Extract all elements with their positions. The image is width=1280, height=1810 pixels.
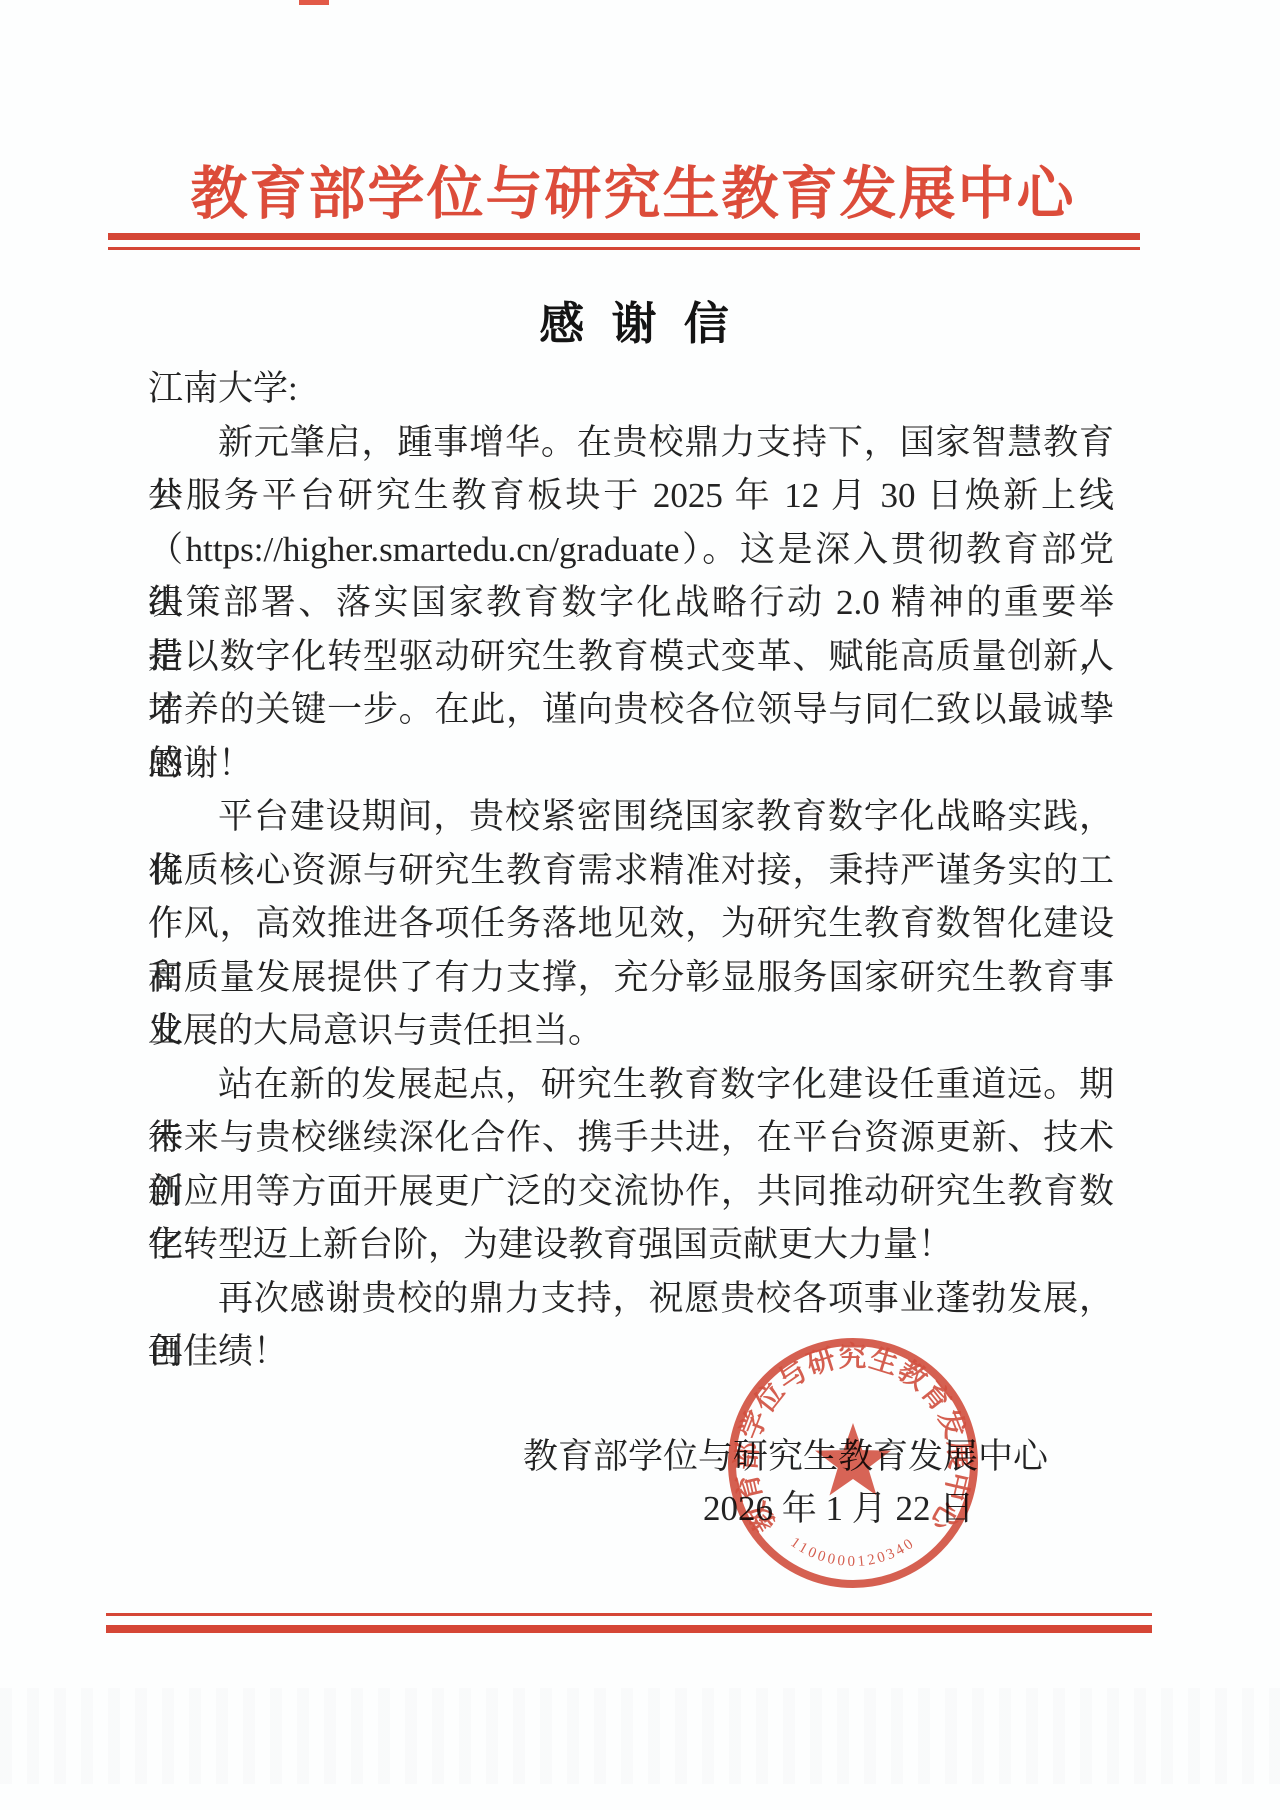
body-line: 优质核心资源与研究生教育需求精准对接，秉持严谨务实的工作 xyxy=(148,844,1114,898)
scan-noise-band xyxy=(0,1688,1280,1784)
body-line: 新元肇启，踵事增华。在贵校鼎力支持下，国家智慧教育公 xyxy=(148,416,1114,470)
body-line: 再次感谢贵校的鼎力支持，祝愿贵校各项事业蓬勃发展，再 xyxy=(148,1272,1114,1326)
header-rule-thick xyxy=(108,233,1140,240)
body-line: 新应用等方面开展更广泛的交流协作，共同推动研究生教育数字 xyxy=(148,1165,1114,1219)
body-line: 化转型迈上新台阶，为建设教育强国贡献更大力量！ xyxy=(148,1218,1114,1272)
footer-rule-thick xyxy=(106,1625,1152,1633)
body-line: 未来与贵校继续深化合作、携手共进，在平台资源更新、技术创 xyxy=(148,1111,1114,1165)
body-line: 培养的关键一步。在此，谨向贵校各位领导与同仁致以最诚挚的 xyxy=(148,683,1114,737)
letterhead-title: 教育部学位与研究生教育发展中心 xyxy=(0,148,1266,230)
body-line: 感谢！ xyxy=(148,737,1114,791)
body-line: 发展的大局意识与责任担当。 xyxy=(148,1004,1114,1058)
footer-rule-thin xyxy=(106,1613,1152,1616)
body-line: 作风，高效推进各项任务落地见效，为研究生教育数智化建设和 xyxy=(148,897,1114,951)
body-line: （https://higher.smartedu.cn/graduate）。这是… xyxy=(148,523,1114,577)
body-line: 高质量发展提供了有力支撑，充分彰显服务国家研究生教育事业 xyxy=(148,951,1114,1005)
stamp-serial-number: 1100000120340 xyxy=(787,1535,918,1570)
body-line: 是以数字化转型驱动研究生教育模式变革、赋能高质量创新人才 xyxy=(148,630,1114,684)
body-line: 站在新的发展起点，研究生教育数字化建设任重道远。期待 xyxy=(148,1058,1114,1112)
stamp-star-icon xyxy=(815,1423,891,1495)
body-line: 决策部署、落实国家教育数字化战略行动 2.0 精神的重要举措， xyxy=(148,576,1114,630)
scan-artifact-mark xyxy=(299,0,329,5)
letter-title: 感 谢 信 xyxy=(0,287,1276,352)
letter-page: 教育部学位与研究生教育发展中心 感 谢 信 江南大学: 新元肇启，踵事增华。在贵… xyxy=(0,0,1280,1810)
official-stamp: 教育部学位与研究生教育发展中心 1100000120340 xyxy=(716,1326,990,1600)
body-line: 平台建设期间，贵校紧密围绕国家教育数字化战略实践，将 xyxy=(148,790,1114,844)
letter-body: 江南大学: 新元肇启，踵事增华。在贵校鼎力支持下，国家智慧教育公 共服务平台研究… xyxy=(148,362,1114,1379)
header-rule-thin xyxy=(108,247,1140,250)
salutation: 江南大学: xyxy=(148,362,1114,416)
body-line: 共服务平台研究生教育板块于 2025 年 12 月 30 日焕新上线 xyxy=(148,469,1114,523)
